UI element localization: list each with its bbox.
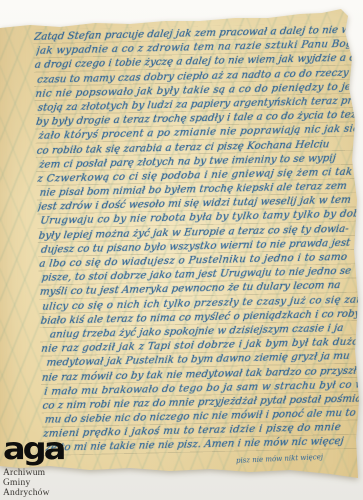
archive-name-line: Andrychów bbox=[3, 488, 62, 498]
handwriting-line: co z nim robi nie raz do mnie przyjeżdża… bbox=[42, 391, 363, 412]
handwriting-line: i mało mu brakowało do tego bo ja sam w … bbox=[43, 377, 362, 398]
handwriting-line: medytował jak Pustelnik to bym dawno zie… bbox=[46, 349, 362, 370]
handwriting-line: że to mi nie takie nie nie pisz. Amen i … bbox=[45, 434, 363, 455]
handwriting-line: nic nie popsowało jak były takie są a co… bbox=[35, 79, 356, 100]
handwriting-line: jest zdrów i dość wesoło mi się widzi tu… bbox=[37, 193, 358, 214]
handwriting-line: co robiło tak się zarabia a teraz ci pis… bbox=[36, 136, 357, 157]
letter-paper-shadow: Zatąd Stefan pracuje dalej jak zem praco… bbox=[0, 0, 363, 500]
handwriting-line: myśli co tu jest Ameryka pewnocno że tu … bbox=[39, 278, 360, 299]
handwriting-line: a lbo co się do wiadujesz o Pustelniku t… bbox=[38, 250, 359, 271]
archive-watermark: aga Archiwum Gminy Andrychów bbox=[3, 435, 62, 498]
handwriting-line: pisze, to stoi dobrze jako tam jest Urug… bbox=[41, 264, 360, 285]
aga-logo: aga bbox=[3, 435, 63, 463]
handwriting-line: z Czwerkową co ci się podoba i nie gniew… bbox=[37, 165, 358, 186]
handwriting-line: aniug trzeba żyć jako spokojnie w dzisie… bbox=[49, 321, 361, 342]
handwriting-line: Zatąd Stefan pracuje dalej jak zem praco… bbox=[33, 23, 354, 44]
handwriting-block: Zatąd Stefan pracuje dalej jak zem praco… bbox=[33, 23, 362, 456]
handwriting-line: nie raz godził jak z Tapi stoi dobrze i … bbox=[40, 335, 361, 356]
handwriting-line: a drogi czego i tobie życzę a dalej to n… bbox=[34, 51, 355, 72]
postscript-note: pisz nie mów nikt więcej bbox=[236, 453, 323, 465]
handwriting-line: żało któryś procent a po zmianie nie pop… bbox=[38, 122, 357, 143]
handwriting-line: biało kiś ale teraz to nima co myśleć o … bbox=[40, 306, 361, 327]
handwriting-line: by były drogie a teraz trochę spadły i t… bbox=[35, 108, 356, 129]
handwriting-line: stoją za złototych by ludzi za papiery a… bbox=[37, 94, 356, 115]
handwriting-line: zmieni prędko i jakoś mu to teraz idzie … bbox=[42, 420, 363, 441]
archive-name: Archiwum Gminy Andrychów bbox=[3, 468, 62, 498]
handwriting-line: dujesz co tu pisano było wszystko wierni… bbox=[40, 235, 359, 256]
handwriting-line: żem ci posłał parę złotych na by twe imi… bbox=[38, 150, 357, 171]
handwriting-line: mu do siebie nic do niczego nic nie mówi… bbox=[44, 406, 363, 427]
ink-bleedthrough-texture bbox=[0, 0, 363, 500]
handwriting-line: jak wypadnie a co z zdrowia tem na razie… bbox=[36, 37, 355, 58]
scanned-letter-page: Zatąd Stefan pracuje dalej jak zem praco… bbox=[0, 0, 363, 500]
handwriting-line: Urugwaju co by nie robota była by tylko … bbox=[40, 207, 359, 228]
handwriting-line: nie pisał bom nimiał bo byłem trochę kie… bbox=[39, 179, 358, 200]
handwriting-line: ulicy co się o nich ich tylko przeszły t… bbox=[41, 292, 360, 313]
archive-name-line: Gminy bbox=[3, 478, 62, 488]
archive-name-line: Archiwum bbox=[3, 468, 62, 478]
handwriting-line: nie raz mówił co by tak nie medytował ta… bbox=[41, 363, 362, 384]
handwriting-line: były lepiej można żyć jak w Europie a te… bbox=[38, 221, 359, 242]
letter-paper: Zatąd Stefan pracuje dalej jak zem praco… bbox=[0, 0, 363, 500]
handwriting-line: czasu to mamy czas dobry ciepło aż za na… bbox=[36, 65, 355, 86]
